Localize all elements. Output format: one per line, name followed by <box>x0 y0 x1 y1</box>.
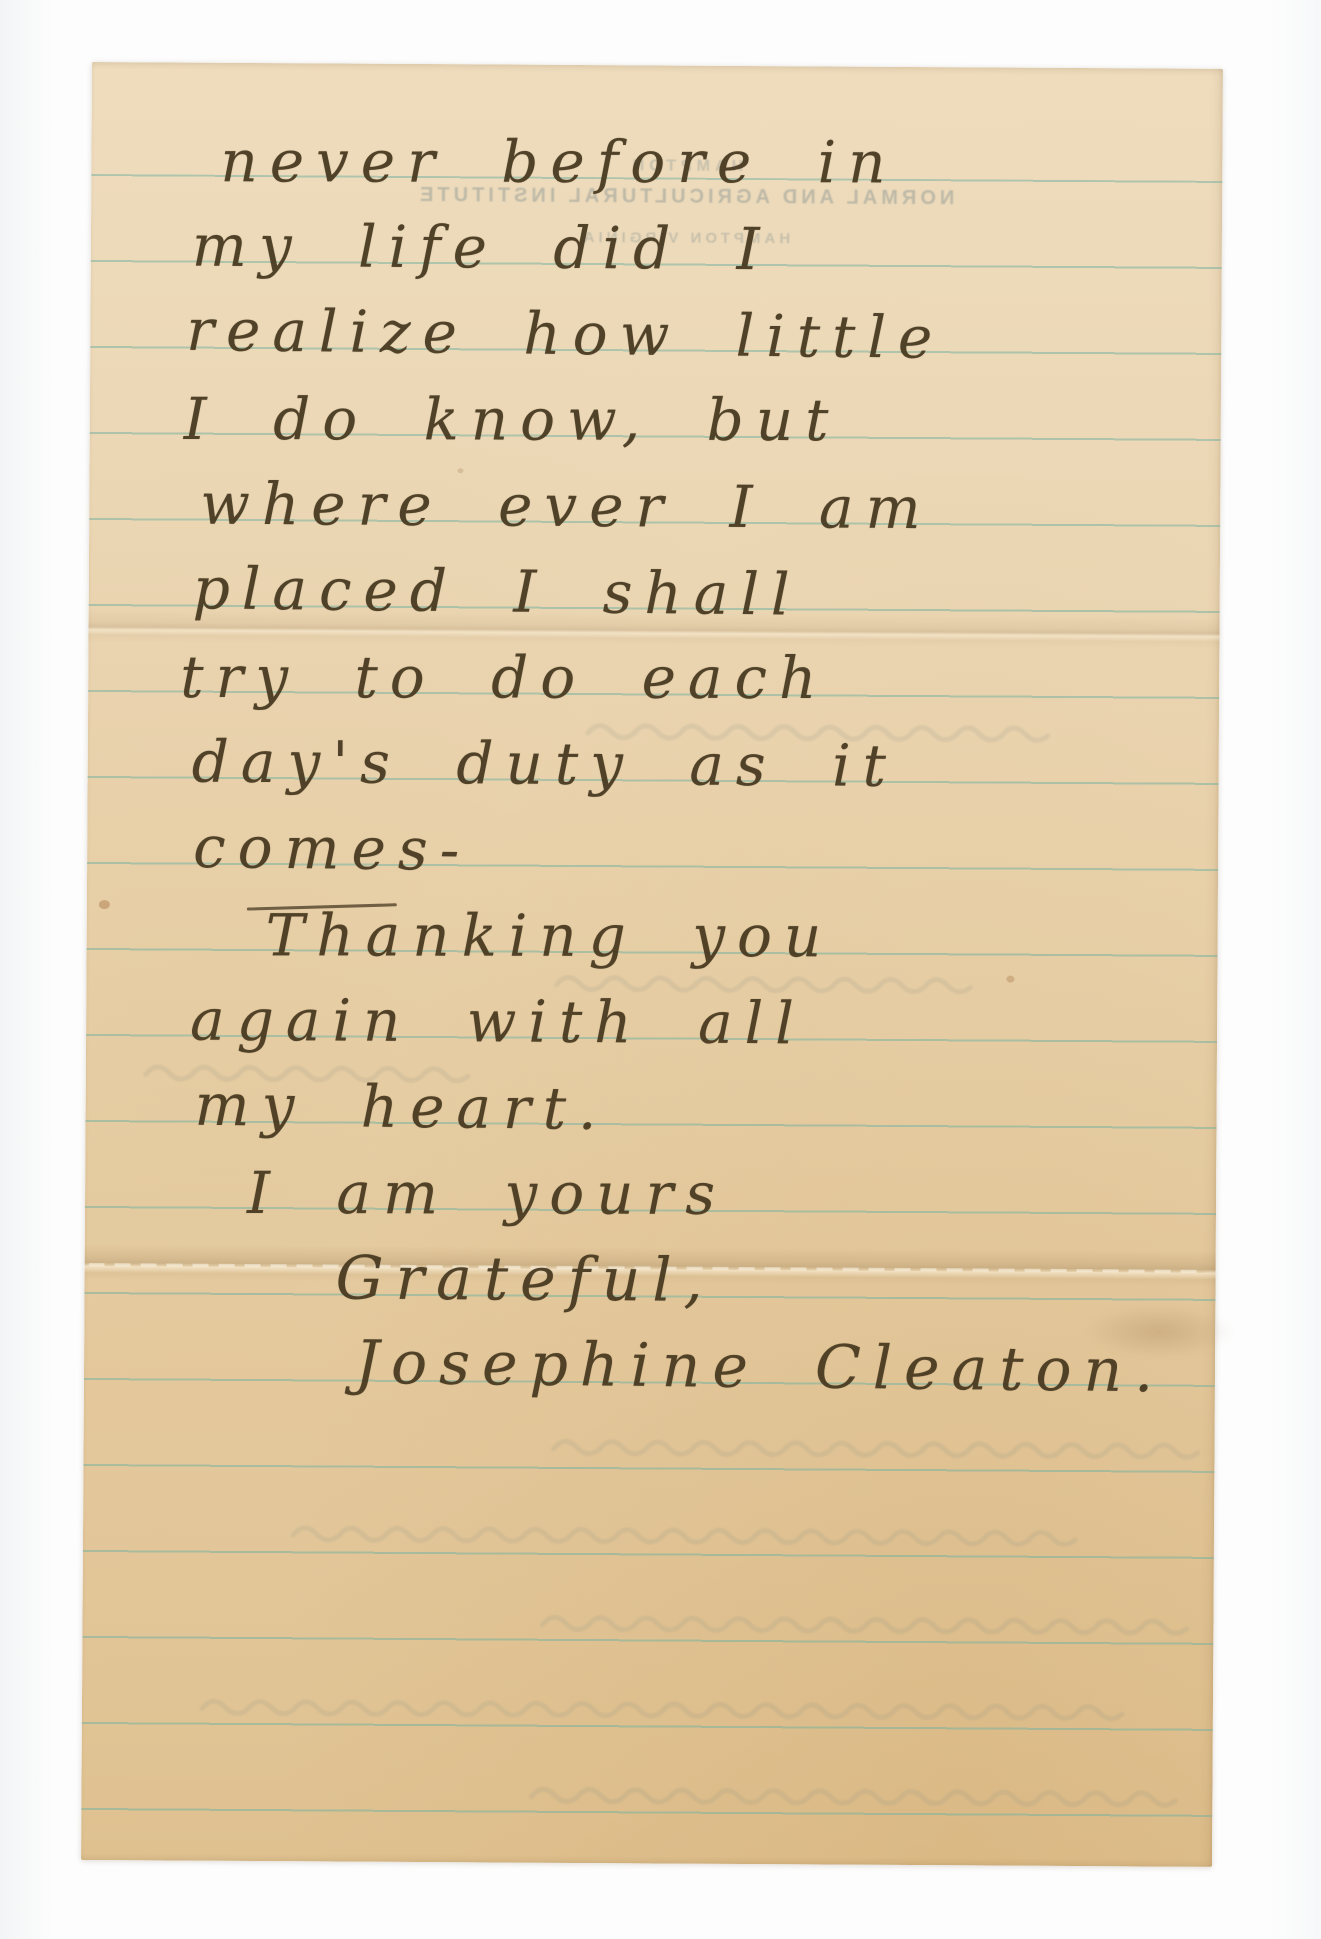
letterhead-bleedthrough-line2: NORMAL AND AGRICULTURAL INSTITUTE <box>335 183 1035 210</box>
handwritten-line: Thanking you <box>266 906 834 965</box>
handwritten-line: I do know, but <box>184 390 841 449</box>
foxing-spot <box>1006 976 1014 983</box>
fold-crease-top <box>88 610 1219 649</box>
handwritten-line: Josephine Cleaton. <box>355 1334 1166 1400</box>
letter-paper: HAMPTON NORMAL AND AGRICULTURAL INSTITUT… <box>81 62 1223 1867</box>
letterhead-bleedthrough-line3: HAMPTON VIRGINIA <box>335 227 1035 248</box>
handwritten-line: never before in <box>220 132 897 191</box>
stain-blotch <box>1084 1304 1234 1359</box>
handwritten-line: again with all <box>190 991 806 1053</box>
bleedthrough-handwriting-ghosts <box>81 62 1223 1867</box>
pen-flourish-stroke <box>247 903 397 910</box>
fold-crease-edge <box>89 1263 1206 1273</box>
letterhead-bleedthrough-line1: HAMPTON <box>335 155 1035 177</box>
handwritten-line: comes- <box>193 818 472 879</box>
letter-body: never before inmy life did Irealize how … <box>92 62 1223 69</box>
handwritten-line: try to do each <box>180 648 828 707</box>
handwritten-line: my life did I <box>192 217 772 279</box>
fold-crease-bottom <box>85 1244 1216 1287</box>
handwritten-line: my heart. <box>194 1076 609 1138</box>
foxing-spot <box>457 468 463 473</box>
handwritten-line: placed I shall <box>192 559 801 623</box>
handwritten-line: day's duty as it <box>192 733 899 795</box>
foxing-spot <box>99 900 110 909</box>
scanned-letter-background: HAMPTON NORMAL AND AGRICULTURAL INSTITUT… <box>0 0 1321 1939</box>
handwritten-line: I am yours <box>247 1164 727 1223</box>
ruled-lines <box>81 174 1222 1821</box>
handwritten-line: Grateful, <box>335 1250 714 1310</box>
handwritten-line: realize how little <box>186 301 945 367</box>
handwritten-line: where ever I am <box>200 475 933 537</box>
